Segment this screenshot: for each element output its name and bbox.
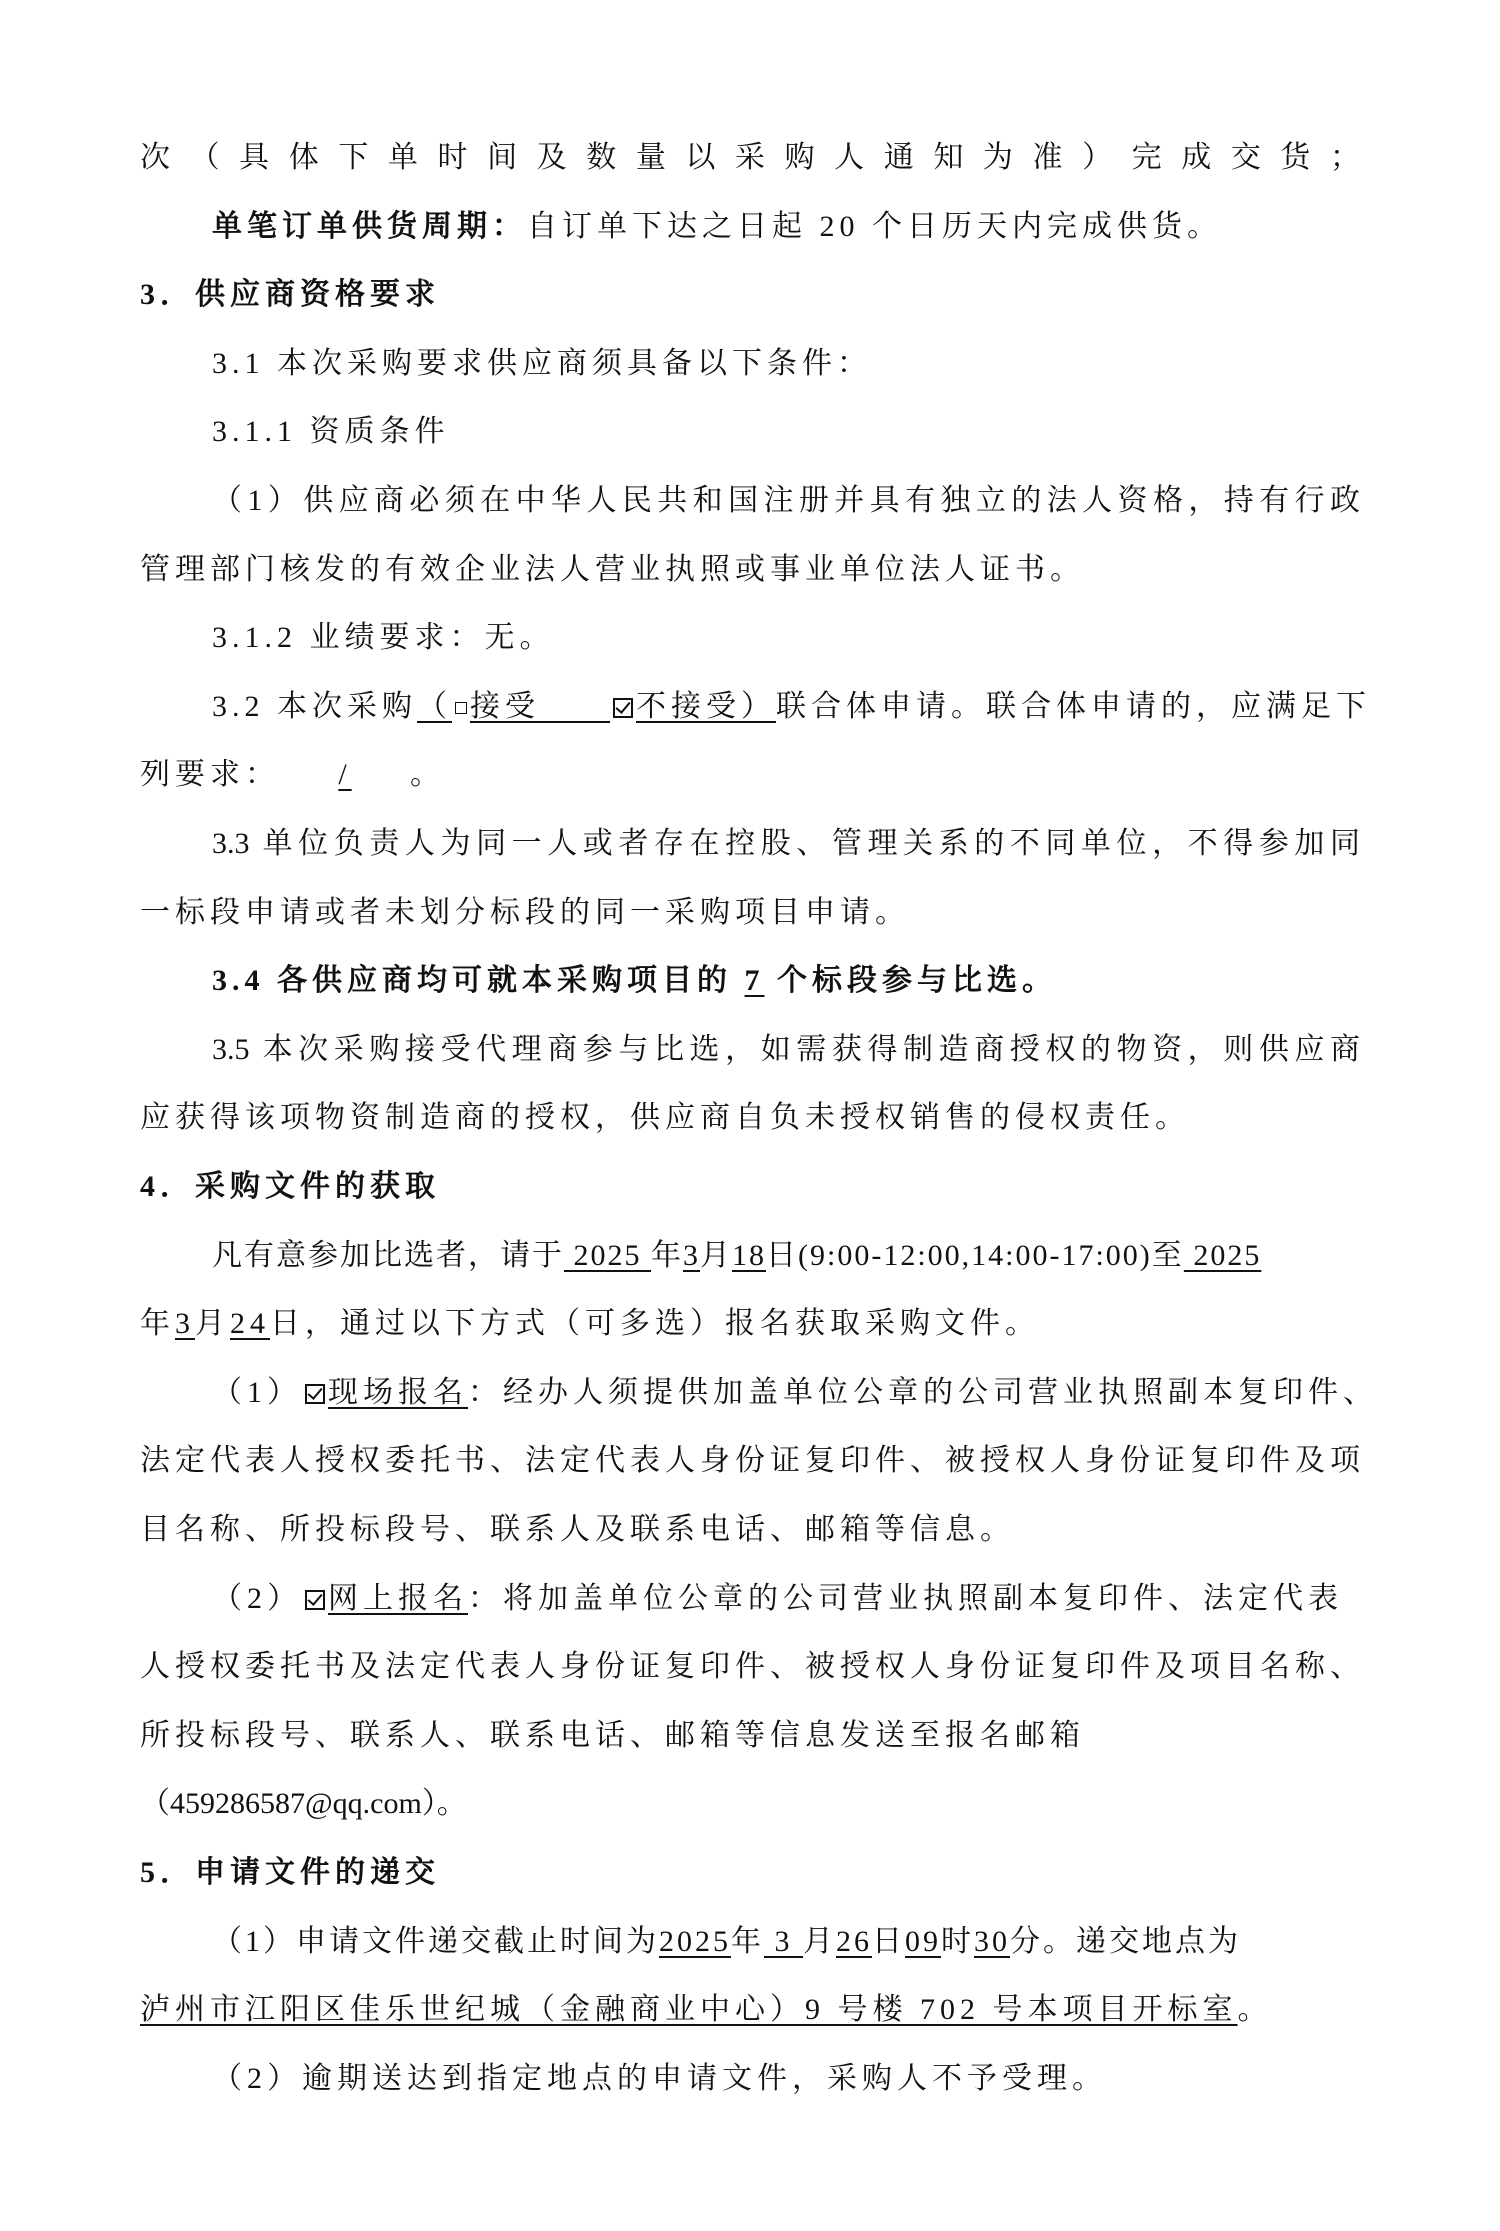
text: 。	[410, 758, 445, 791]
joint-bid-options: （接受 不接受）	[417, 690, 776, 723]
paragraph-line: 列要求：/。	[140, 741, 1360, 809]
deadline-month: 3	[764, 1925, 803, 1958]
text: 凡有意参加比选者，请于	[212, 1239, 564, 1272]
text: 日	[872, 1925, 905, 1958]
submission-deadline-line: （1）申请文件递交截止时间为2025年 3 月26日09时30分。递交地点为	[212, 1908, 1360, 1976]
text: 。	[1238, 1993, 1273, 2026]
section-heading-3: 3．供应商资格要求	[140, 261, 1360, 329]
paragraph-line: 目名称、所投标段号、联系人及联系电话、邮箱等信息。	[140, 1496, 1360, 1564]
registration-email: （459286587@qq.com）。	[140, 1770, 1360, 1838]
paragraph-line: 次（具体下单时间及数量以采购人通知为准）完成交货；	[140, 124, 1360, 192]
text: ：经办人须提供加盖单位公章的公司营业执照副本复印件、	[468, 1376, 1378, 1409]
clause-3-4: 3.4 各供应商均可就本采购项目的 7 个标段参与比选。	[212, 947, 1360, 1015]
text: 年	[651, 1239, 683, 1272]
supply-cycle-text: 自订单下达之日起 20 个日历天内完成供货。	[527, 210, 1222, 243]
supply-cycle-line: 单笔订单供货周期：自订单下达之日起 20 个日历天内完成供货。	[212, 193, 1360, 261]
section-heading-5: 5．申请文件的递交	[140, 1839, 1360, 1907]
text: 日(9:00-12:00,14:00-17:00)至	[766, 1239, 1184, 1272]
online-registration-line: （2）网上报名：将加盖单位公章的公司营业执照副本复印件、法定代表	[212, 1565, 1360, 1633]
text: 年	[140, 1307, 175, 1340]
deadline-day: 26	[836, 1925, 872, 1958]
end-day: 24	[230, 1307, 270, 1340]
start-month: 3	[683, 1239, 700, 1272]
deadline-minute: 30	[974, 1925, 1010, 1958]
paragraph-line: 年3月24日，通过以下方式（可多选）报名获取采购文件。	[140, 1290, 1360, 1358]
text: 3.4 各供应商均可就本采购项目的	[212, 964, 745, 997]
accept-label: 接受	[470, 690, 575, 723]
online-registration-option: 网上报名	[302, 1582, 468, 1615]
text: 年	[731, 1925, 764, 1958]
clause-3-1: 3.1 本次采购要求供应商须具备以下条件：	[212, 330, 1360, 398]
text: 月	[803, 1925, 836, 1958]
start-day: 18	[732, 1239, 766, 1272]
start-year: 2025	[564, 1239, 651, 1272]
clause-3-1-1: 3.1.1 资质条件	[212, 398, 1360, 466]
document-page: 次（具体下单时间及数量以采购人通知为准）完成交货； 单笔订单供货周期：自订单下达…	[0, 0, 1500, 2231]
late-submission-line: （2）逾期送达到指定地点的申请文件，采购人不予受理。	[212, 2045, 1360, 2113]
text: （1）	[212, 1376, 302, 1409]
paren: （	[417, 690, 452, 723]
paragraph-line: 管理部门核发的有效企业法人营业执照或事业单位法人证书。	[140, 536, 1360, 604]
checkbox-onsite-checked-icon[interactable]	[305, 1384, 325, 1404]
text: 月	[700, 1239, 732, 1272]
paragraph-line: （1）供应商必须在中华人民共和国注册并具有独立的法人资格，持有行政	[212, 467, 1360, 535]
paragraph-line: 法定代表人授权委托书、法定代表人身份证复印件、被授权人身份证复印件及项	[140, 1427, 1360, 1495]
text: 3.2 本次采购	[212, 690, 417, 723]
text: 月	[195, 1307, 230, 1340]
online-label: 网上报名	[328, 1582, 468, 1615]
text: （1）申请文件递交截止时间为	[212, 1925, 659, 1958]
paragraph-line: 一标段申请或者未划分标段的同一采购项目申请。	[140, 879, 1360, 947]
text: 日，通过以下方式（可多选）报名获取采购文件。	[270, 1307, 1040, 1340]
text: （2）	[212, 1582, 302, 1615]
checkbox-reject-checked-icon[interactable]	[613, 698, 633, 718]
section-heading-4: 4．采购文件的获取	[140, 1153, 1360, 1221]
clause-3-1-2: 3.1.2 业绩要求：无。	[212, 604, 1360, 672]
text: 次（具体下单时间及数量以采购人通知为准）完成交货；	[140, 141, 1360, 174]
end-year: 2025	[1184, 1239, 1262, 1272]
clause-3-3: 3.3 单位负责人为同一人或者存在控股、管理关系的不同单位，不得参加同	[212, 810, 1360, 878]
clause-3-2: 3.2 本次采购（接受 不接受）联合体申请。联合体申请的，应满足下	[212, 673, 1360, 741]
lot-count: 7	[745, 964, 765, 997]
clause-3-5: 3.5 本次采购接受代理商参与比选，如需获得制造商授权的物资，则供应商	[212, 1016, 1360, 1084]
checkbox-online-checked-icon[interactable]	[305, 1590, 325, 1610]
end-month: 3	[175, 1307, 195, 1340]
text: ：将加盖单位公章的公司营业执照副本复印件、法定代表	[468, 1582, 1343, 1615]
submission-location-line: 泸州市江阳区佳乐世纪城（金融商业中心）9 号楼 702 号本项目开标室。	[140, 1976, 1360, 2044]
blank-field: /	[280, 741, 410, 809]
text: 时	[941, 1925, 974, 1958]
text: 分。递交地点为	[1010, 1925, 1241, 1958]
onsite-label: 现场报名	[328, 1376, 468, 1409]
text: 个标段参与比选。	[765, 964, 1058, 997]
paragraph-line: 应获得该项物资制造商的授权，供应商自负未授权销售的侵权责任。	[140, 1084, 1360, 1152]
text: 列要求：	[140, 758, 280, 791]
submission-address: 泸州市江阳区佳乐世纪城（金融商业中心）9 号楼 702 号本项目开标室	[140, 1993, 1238, 2026]
registration-period-line: 凡有意参加比选者，请于 2025 年3月18日(9:00-12:00,14:00…	[212, 1222, 1360, 1290]
reject-label: 不接受）	[636, 690, 776, 723]
deadline-year: 2025	[659, 1925, 731, 1958]
onsite-registration-option: 现场报名	[302, 1376, 468, 1409]
supply-cycle-label: 单笔订单供货周期：	[212, 210, 527, 243]
text: 联合体申请。联合体申请的，应满足下	[776, 690, 1371, 723]
checkbox-accept-icon[interactable]	[455, 702, 467, 714]
paragraph-line: 人授权委托书及法定代表人身份证复印件、被授权人身份证复印件及项目名称、	[140, 1633, 1360, 1701]
onsite-registration-line: （1）现场报名：经办人须提供加盖单位公章的公司营业执照副本复印件、	[212, 1359, 1360, 1427]
paragraph-line: 所投标段号、联系人、联系电话、邮箱等信息发送至报名邮箱	[140, 1702, 1360, 1770]
deadline-hour: 09	[905, 1925, 941, 1958]
